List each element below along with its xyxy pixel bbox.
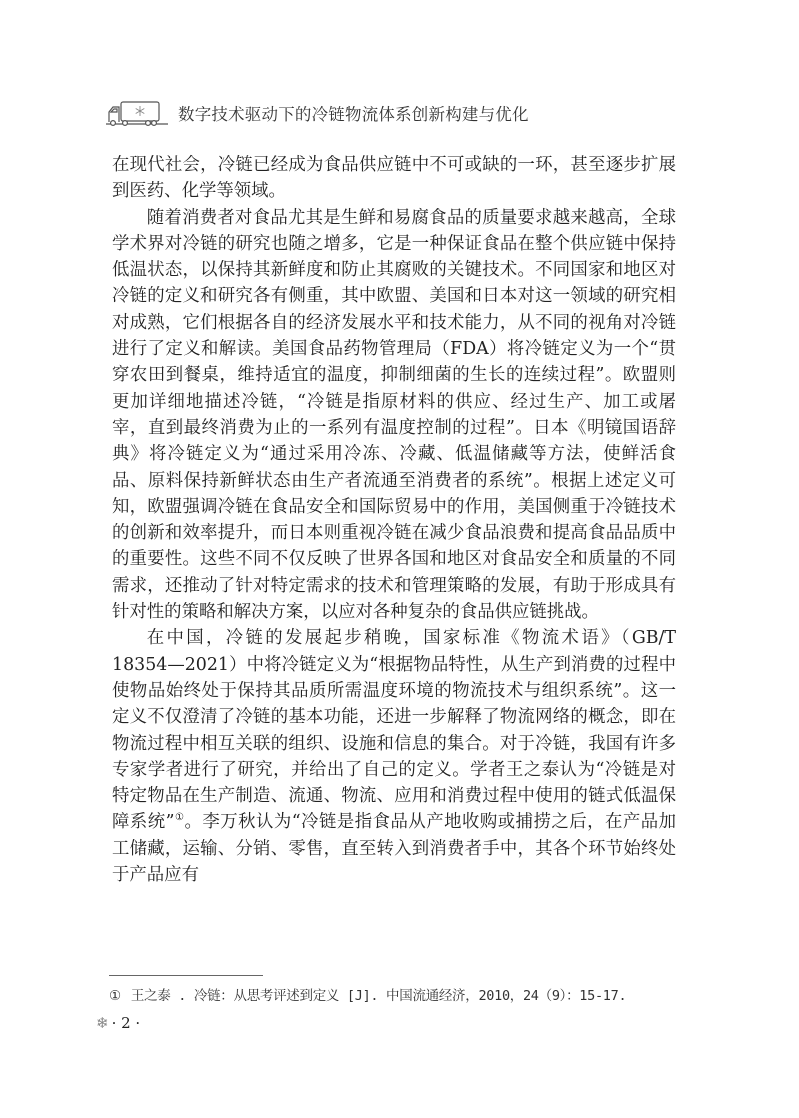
paragraph-3-text-b: 。李万秋认为“冷链是指食品从产地收购或捕捞之后，在产品加工储藏，运输、分销、零售… [112, 812, 676, 885]
paragraph-2: 随着消费者对食品尤其是生鲜和易腐食品的质量要求越来越高，全球学术界对冷链的研究也… [112, 205, 676, 626]
body-text: 在现代社会，冷链已经成为食品供应链中不可或缺的一环，甚至逐步扩展到医药、化学等领… [112, 152, 676, 888]
running-title: 数字技术驱动下的冷链物流体系创新构建与优化 [178, 101, 529, 125]
page-number: · 2 · [112, 1014, 141, 1032]
footnote-text: 王之泰 . 冷链：从思考评述到定义 [J]. 中国流通经济，2010，24（9）… [131, 988, 626, 1004]
paragraph-3: 在中国，冷链的发展起步稍晚，国家标准《物流术语》（GB/T 18354—2021… [112, 625, 676, 888]
footnote-reference[interactable]: ① [175, 812, 185, 823]
page-footer: ❄ · 2 · [96, 1014, 140, 1032]
running-header: 数字技术驱动下的冷链物流体系创新构建与优化 [104, 96, 529, 130]
snowflake-icon: ❄ [96, 1014, 109, 1032]
footnote-1: ①王之泰 . 冷链：从思考评述到定义 [J]. 中国流通经济，2010，24（9… [109, 984, 626, 1004]
footnote-mark: ① [109, 988, 121, 1004]
refrigerated-truck-icon [104, 98, 170, 128]
paragraph-1: 在现代社会，冷链已经成为食品供应链中不可或缺的一环，甚至逐步扩展到医药、化学等领… [112, 152, 676, 205]
footnote-divider [109, 975, 263, 976]
paragraph-3-text-a: 在中国，冷链的发展起步稍晚，国家标准《物流术语》（GB/T 18354—2021… [112, 628, 676, 832]
